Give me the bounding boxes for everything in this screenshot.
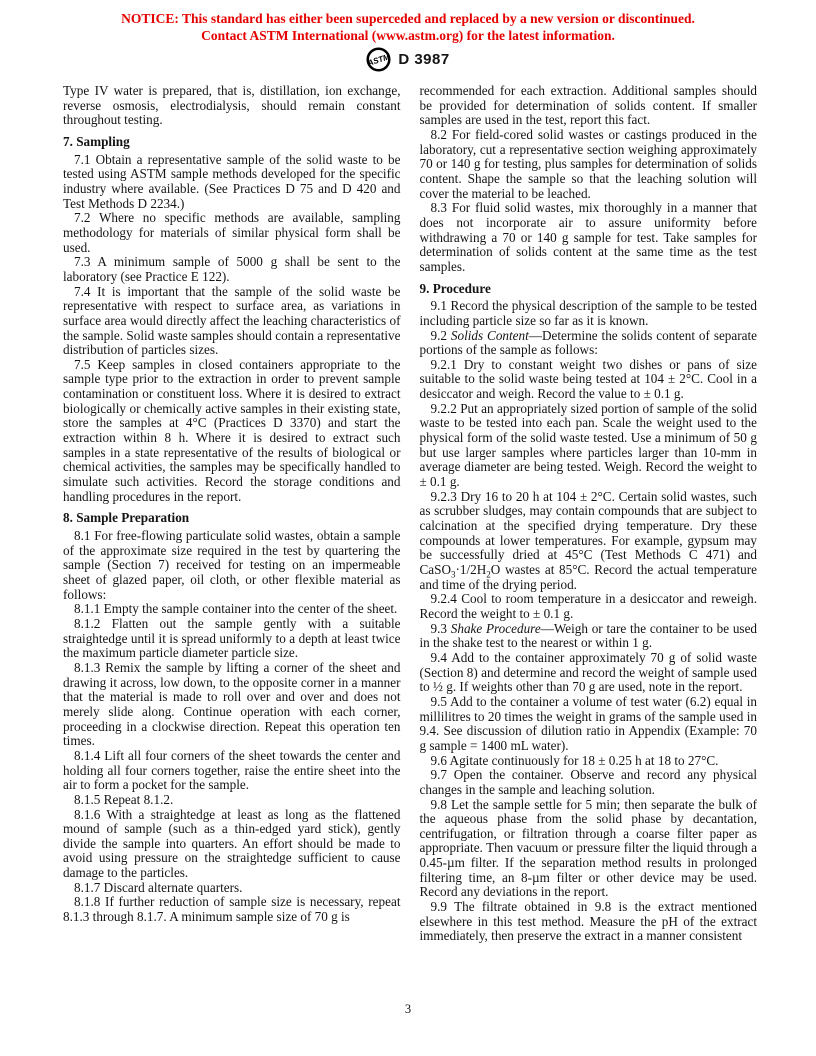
- paragraph: 7.3 A minimum sample of 5000 g shall be …: [63, 255, 401, 284]
- designation-text: D 3987: [398, 51, 449, 68]
- paragraph: recommended for each extraction. Additio…: [420, 84, 758, 128]
- paragraph: Type IV water is prepared, that is, dist…: [63, 84, 401, 128]
- paragraph: 8.1.4 Lift all four corners of the sheet…: [63, 749, 401, 793]
- document-page: NOTICE: This standard has either been su…: [0, 0, 816, 1056]
- discontinuation-notice: NOTICE: This standard has either been su…: [0, 10, 816, 44]
- paragraph: 9.5 Add to the container a volume of tes…: [420, 695, 758, 754]
- paragraph: 9.3 Shake Procedure—Weigh or tare the co…: [420, 622, 758, 651]
- paragraph: 8.1.2 Flatten out the sample gently with…: [63, 617, 401, 661]
- paragraph: 9.2.1 Dry to constant weight two dishes …: [420, 358, 758, 402]
- paragraph: 8.1.8 If further reduction of sample siz…: [63, 895, 401, 924]
- notice-line-1: NOTICE: This standard has either been su…: [0, 10, 816, 27]
- paragraph: 9.2.3 Dry 16 to 20 h at 104 ± 2°C. Certa…: [420, 490, 758, 593]
- paragraph: 9.4 Add to the container approximately 7…: [420, 651, 758, 695]
- paragraph: 7.4 It is important that the sample of t…: [63, 285, 401, 358]
- paragraph: 8.2 For field-cored solid wastes or cast…: [420, 128, 758, 201]
- paragraph: 9.2.2 Put an appropriately sized portion…: [420, 402, 758, 490]
- section-heading: 8. Sample Preparation: [63, 511, 401, 526]
- paragraph: 8.1.1 Empty the sample container into th…: [63, 602, 401, 617]
- paragraph: 8.1.5 Repeat 8.1.2.: [63, 793, 401, 808]
- paragraph: 9.2.4 Cool to room temperature in a desi…: [420, 592, 758, 621]
- section-heading: 9. Procedure: [420, 282, 758, 297]
- paragraph: 9.2 Solids Content—Determine the solids …: [420, 329, 758, 358]
- astm-seal-icon: ASTM: [366, 47, 391, 72]
- text-columns: Type IV water is prepared, that is, dist…: [63, 84, 757, 944]
- section-heading: 7. Sampling: [63, 135, 401, 150]
- notice-line-2: Contact ASTM International (www.astm.org…: [0, 27, 816, 44]
- paragraph: 9.7 Open the container. Observe and reco…: [420, 768, 758, 797]
- paragraph: 9.6 Agitate continuously for 18 ± 0.25 h…: [420, 754, 758, 769]
- page-number: 3: [0, 1002, 816, 1017]
- paragraph: 8.1.3 Remix the sample by lifting a corn…: [63, 661, 401, 749]
- right-column: recommended for each extraction. Additio…: [420, 84, 758, 944]
- paragraph: 7.1 Obtain a representative sample of th…: [63, 153, 401, 212]
- paragraph: 8.1.6 With a straightedge at least as lo…: [63, 808, 401, 881]
- paragraph: 7.2 Where no specific methods are availa…: [63, 211, 401, 255]
- paragraph: 9.1 Record the physical description of t…: [420, 299, 758, 328]
- paragraph: 9.8 Let the sample settle for 5 min; the…: [420, 798, 758, 901]
- paragraph: 7.5 Keep samples in closed containers ap…: [63, 358, 401, 505]
- paragraph: 9.9 The filtrate obtained in 9.8 is the …: [420, 900, 758, 944]
- standard-designation: ASTM D 3987: [0, 47, 816, 72]
- paragraph: 8.1.7 Discard alternate quarters.: [63, 881, 401, 896]
- left-column: Type IV water is prepared, that is, dist…: [63, 84, 401, 944]
- paragraph: 8.1 For free-flowing particulate solid w…: [63, 529, 401, 602]
- paragraph: 8.3 For fluid solid wastes, mix thorough…: [420, 201, 758, 274]
